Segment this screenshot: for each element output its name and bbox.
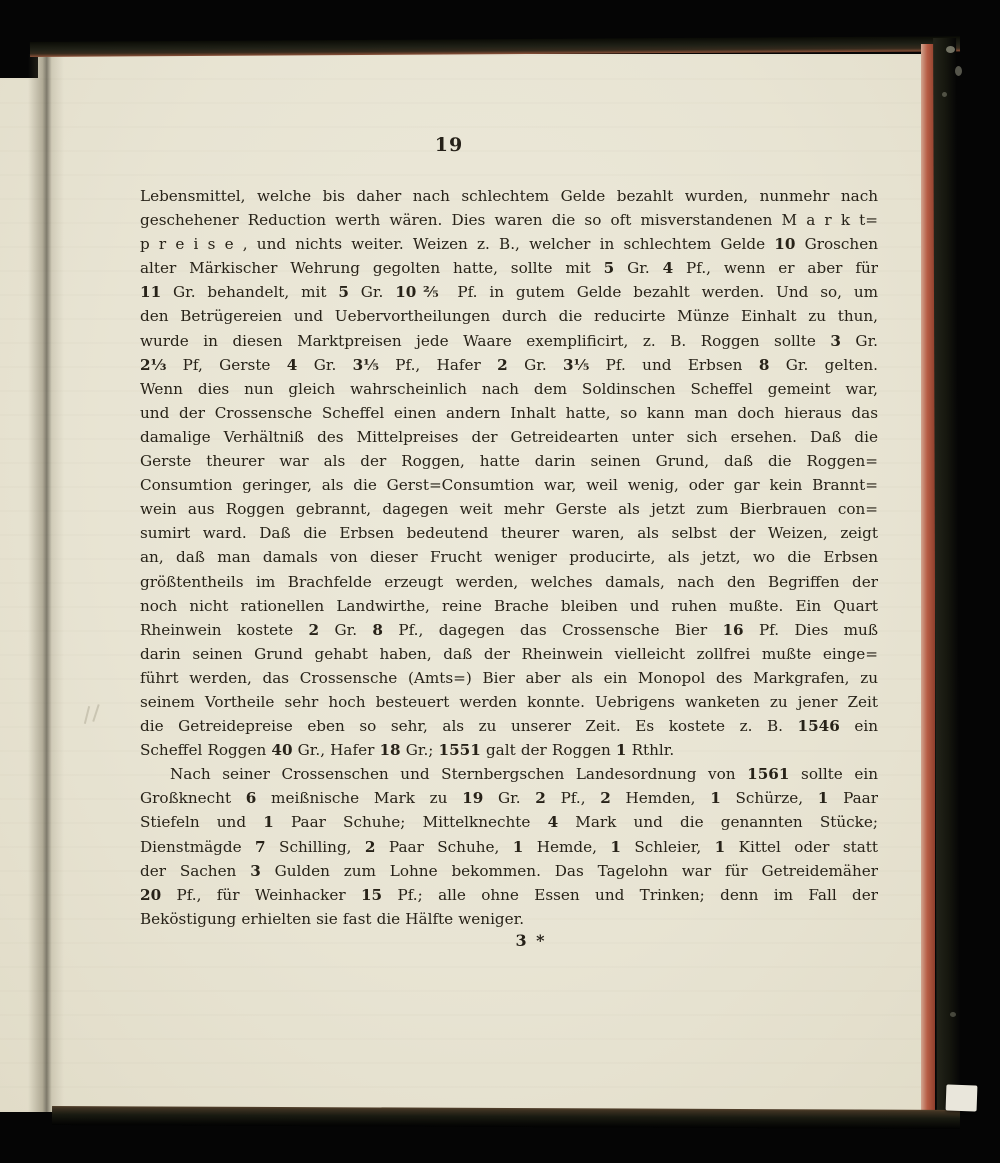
- book-cover-bottom-edge: [52, 1106, 960, 1129]
- signature-mark: 3 *: [489, 931, 573, 950]
- body-text: Lebensmittel, welche bis daher nach schl…: [140, 184, 878, 931]
- text-line: an, daß man damals von dieser Frucht wen…: [140, 545, 878, 569]
- text-line: Großknecht 6 meißnische Mark zu 19 Gr. 2…: [140, 786, 878, 810]
- text-line: 11 Gr. behandelt, mit 5 Gr. 10⅖ Pf. in g…: [140, 280, 878, 304]
- text-line: seinem Vortheile sehr hoch besteuert wer…: [140, 690, 878, 714]
- page-number: 19: [407, 134, 491, 156]
- text-line: führt werden, das Crossensche (Amts=) Bi…: [140, 666, 878, 690]
- cover-fray-speck: [950, 1012, 956, 1017]
- book-cover-right-edge: [933, 38, 960, 1126]
- text-line: damalige Verhältniß des Mittelpreises de…: [140, 425, 878, 449]
- text-line: alter Märkischer Wehrung gegolten hatte,…: [140, 256, 878, 280]
- text-line: Lebensmittel, welche bis daher nach schl…: [140, 184, 878, 208]
- text-line: Nach seiner Crossenschen und Sternbergsc…: [140, 762, 878, 786]
- text-line: Stiefeln und 1 Paar Schuhe; Mittelknecht…: [140, 810, 878, 834]
- text-line: der Sachen 3 Gulden zum Lohne bekommen. …: [140, 859, 878, 883]
- text-line: größtentheils im Brachfelde erzeugt werd…: [140, 570, 878, 594]
- book-scan: 19 Lebensmittel, welche bis daher nach s…: [0, 0, 1000, 1163]
- text-line: noch nicht rationellen Landwirthe, reine…: [140, 594, 878, 618]
- text-line: wein aus Roggen gebrannt, dagegen weit m…: [140, 497, 878, 521]
- text-line: Wenn dies nun gleich wahrscheinlich nach…: [140, 377, 878, 401]
- cover-fray-speck: [942, 92, 947, 97]
- text-line: den Betrügereien und Uebervortheilungen …: [140, 304, 878, 328]
- text-line: Gerste theurer war als der Roggen, hatte…: [140, 449, 878, 473]
- paper-tab: [946, 1084, 978, 1111]
- text-line: wurde in diesen Marktpreisen jede Waare …: [140, 329, 878, 353]
- cover-fray-speck: [946, 46, 955, 53]
- text-line: die Getreidepreise eben so sehr, als zu …: [140, 714, 878, 738]
- text-line: 2⅓ Pf, Gerste 4 Gr. 3⅕ Pf., Hafer 2 Gr. …: [140, 353, 878, 377]
- text-line: Scheffel Roggen 40 Gr., Hafer 18 Gr.; 15…: [140, 738, 878, 762]
- cover-fray-speck: [955, 66, 962, 76]
- text-line: geschehener Reduction werth wären. Dies …: [140, 208, 878, 232]
- text-line: darin seinen Grund gehabt haben, daß der…: [140, 642, 878, 666]
- text-line: p r e i s e , und nichts weiter. Weizen …: [140, 232, 878, 256]
- text-line: 20 Pf., für Weinhacker 15 Pf.; alle ohne…: [140, 883, 878, 907]
- text-line: Dienstmägde 7 Schilling, 2 Paar Schuhe, …: [140, 835, 878, 859]
- text-line: Beköstigung erhielten sie fast die Hälft…: [140, 907, 878, 931]
- text-line: und der Crossensche Scheffel einen ander…: [140, 401, 878, 425]
- page-gutter-crease: [28, 54, 64, 1112]
- text-line: Consumtion geringer, als die Gerst=Consu…: [140, 473, 878, 497]
- text-line: sumirt ward. Daß die Erbsen bedeutend th…: [140, 521, 878, 545]
- text-line: Rheinwein kostete 2 Gr. 8 Pf., dagegen d…: [140, 618, 878, 642]
